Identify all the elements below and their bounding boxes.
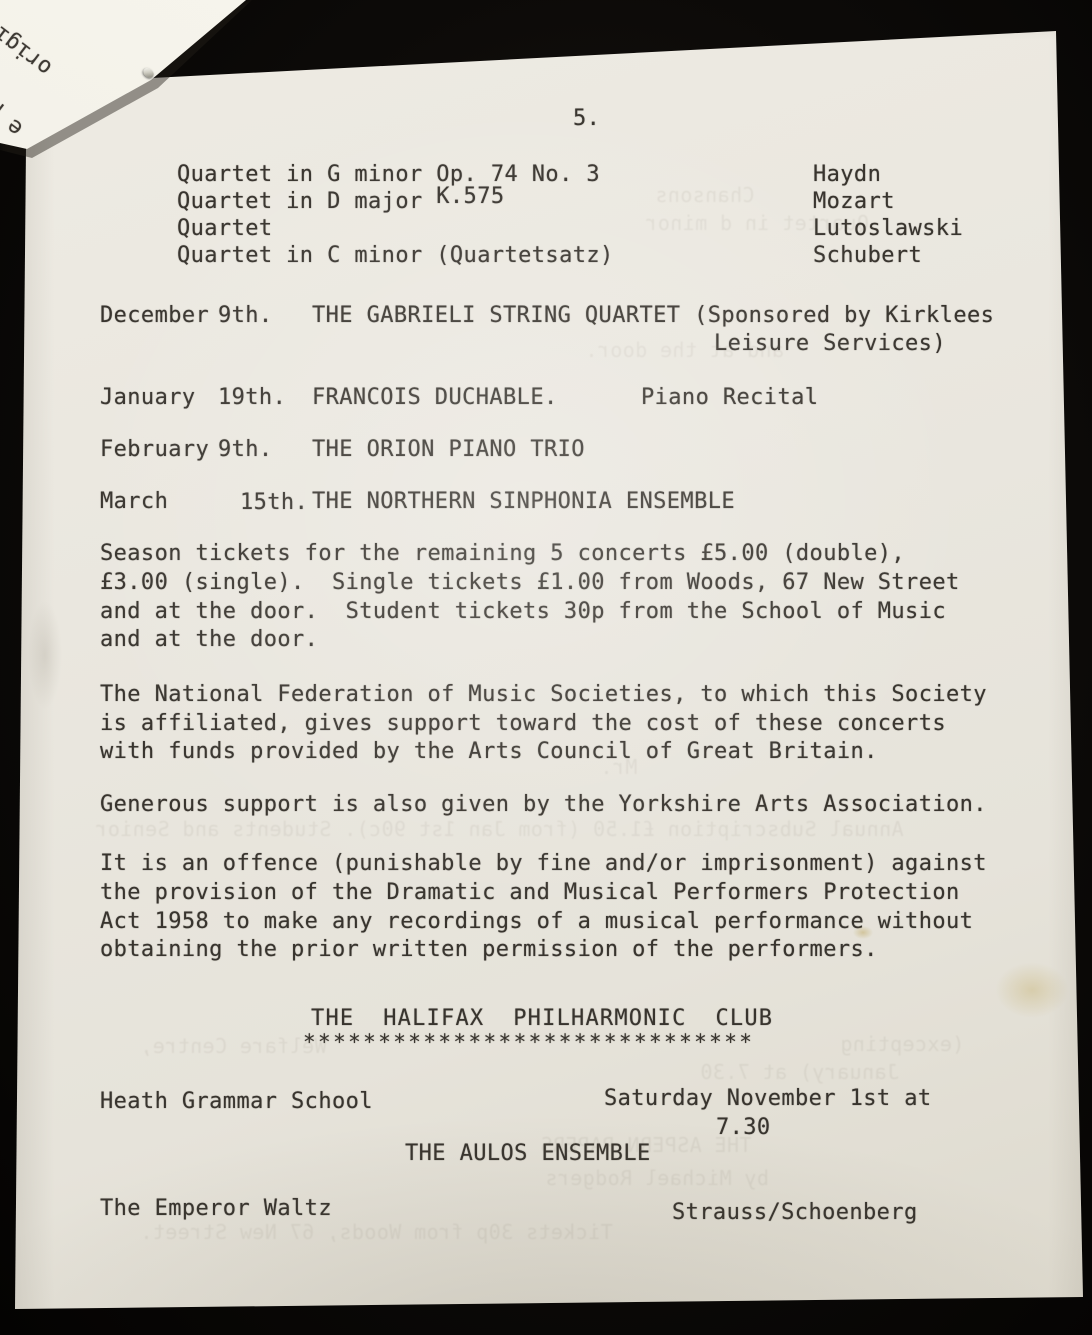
- venue: Heath Grammar School: [100, 1088, 373, 1115]
- bleedthrough-text: Welfare Centre,: [140, 1034, 327, 1058]
- concert-title: THE ORION PIANO TRIO: [312, 436, 585, 463]
- programme-work: The Emperor Waltz: [100, 1195, 332, 1222]
- yorkshire-line: Generous support is also given by the Yo…: [100, 791, 987, 818]
- offence-line: obtaining the prior written permission o…: [100, 936, 878, 963]
- bleedthrough-text: and at the door.: [585, 338, 784, 362]
- offence-line: It is an offence (punishable by fine and…: [100, 850, 987, 877]
- bleedthrough-text: Annual Subscription £1.50 (from Jan 1st …: [95, 817, 904, 841]
- concert-day: 19th.: [218, 384, 286, 411]
- concert-month: January: [100, 384, 196, 411]
- club-title-underline: ******************************: [303, 1029, 754, 1056]
- tickets-line: and at the door.: [100, 626, 318, 653]
- federation-line: The National Federation of Music Societi…: [100, 681, 987, 708]
- work-title: Quartet in C minor (Quartetsatz): [177, 242, 614, 269]
- work-catalog: K.575: [436, 184, 504, 209]
- concert-month: December: [100, 302, 209, 329]
- work-title: Quartet in D major K.575: [177, 188, 505, 215]
- tickets-line: £3.00 (single). Single tickets £1.00 fro…: [100, 569, 960, 596]
- concert-title: THE GABRIELI STRING QUARTET (Sponsored b…: [312, 302, 994, 329]
- concert-month: March: [100, 488, 168, 515]
- bleedthrough-text: Mr.: [600, 755, 637, 779]
- federation-line: is affiliated, gives support toward the …: [100, 710, 946, 737]
- concert-datetime: Saturday November 1st at: [604, 1085, 931, 1112]
- tickets-line: and at the door. Student tickets 30p fro…: [100, 598, 946, 625]
- document-page: 5. Quartet in G minor Op. 74 No. 3 Haydn…: [0, 0, 1092, 1335]
- federation-line: with funds provided by the Arts Council …: [100, 738, 878, 765]
- bleedthrough-text: THE ASPERN PAPERS: [540, 1133, 752, 1157]
- tickets-line: Season tickets for the remaining 5 conce…: [100, 540, 905, 567]
- bleedthrough-text: Quartet in d minor: [645, 211, 869, 235]
- bleedthrough-text: Chansons: [655, 183, 755, 207]
- bleedthrough-text: by Michael Rodgers: [545, 1166, 769, 1190]
- bleedthrough-text: (excepting: [840, 1032, 964, 1056]
- offence-line: the provision of the Dramatic and Musica…: [100, 879, 960, 906]
- club-title: THE HALIFAX PHILHARMONIC CLUB: [311, 1005, 773, 1032]
- concert-day: 15th.: [240, 489, 308, 516]
- bleedthrough-text: January) at 7.30: [700, 1060, 899, 1084]
- concert-title: THE NORTHERN SINPHONIA ENSEMBLE: [312, 488, 735, 515]
- paper-stain: [995, 962, 1069, 1018]
- concert-month: February: [100, 436, 209, 463]
- concert-note: Piano Recital: [641, 384, 818, 411]
- work-composer: Haydn: [813, 161, 881, 188]
- work-composer: Schubert: [813, 242, 922, 269]
- paper-stain: [28, 600, 62, 710]
- work-title: Quartet in G minor Op. 74 No. 3: [177, 161, 600, 188]
- work-title-text: Quartet in D major: [177, 189, 436, 214]
- concert-day: 9th.: [218, 436, 273, 463]
- programme-composer: Strauss/Schoenberg: [672, 1199, 918, 1226]
- concert-day: 9th.: [218, 302, 273, 329]
- concert-title: FRANCOIS DUCHABLE.: [312, 384, 558, 411]
- bleedthrough-text: Tickets 30p from Woods, 67 New Street.: [140, 1220, 613, 1244]
- offence-line: Act 1958 to make any recordings of a mus…: [100, 908, 973, 935]
- work-title: Quartet: [177, 215, 273, 242]
- photo-backdrop: 5. Quartet in G minor Op. 74 No. 3 Haydn…: [0, 0, 1092, 1335]
- page-number: 5.: [573, 105, 600, 132]
